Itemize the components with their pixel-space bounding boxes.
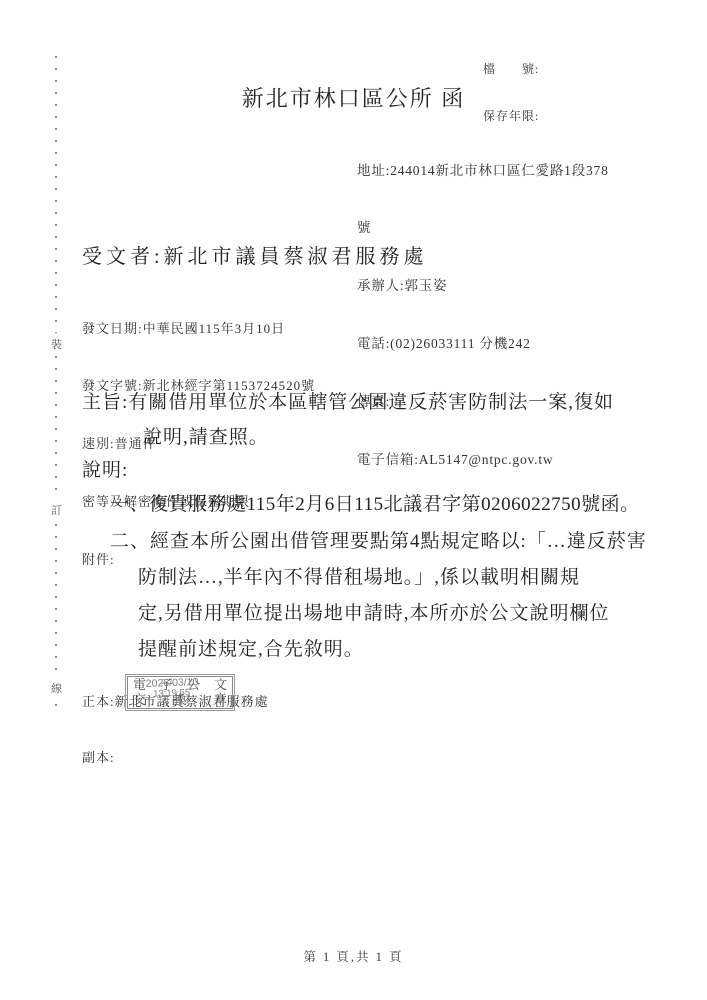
binding-dotted-line [55, 56, 57, 708]
document-title: 新北市林口區公所 函 [0, 82, 707, 113]
sender-address-line1: 地址:244014新北市林口區仁愛路1段378 [357, 161, 609, 180]
binding-mark-ding: 訂 [48, 499, 65, 521]
duplicate-copy-label: 副本: [82, 749, 269, 768]
description-item2-line2: 防制法…,半年內不得借租場地。」,係以載明相關規 [138, 560, 670, 596]
sender-address-line2: 號 [357, 218, 609, 237]
description-item2-line3: 定,另借用單位提出場地申請時,本所亦於公文說明欄位 [138, 596, 670, 632]
description-item2-line1: 二、經查本所公園出借管理要點第4點規定略以:「…違反菸害 [110, 524, 670, 560]
stamp-time: 13:19:55 [153, 688, 199, 700]
electronic-exchange-stamp: 電 子 公 文 交 換 章 2026/03/10 13:19:55 [127, 676, 233, 709]
file-number-label: 檔 號: [483, 62, 539, 78]
official-letter-page: 檔 號: 保存年限: 新北市林口區公所 函 地址:244014新北市林口區仁愛路… [0, 0, 707, 1000]
binding-mark-xian: 線 [48, 677, 65, 699]
stamp-char: 交 [133, 693, 146, 707]
sender-contact-person: 承辦人:郭玉姿 [357, 276, 609, 295]
stamp-char: 文 [214, 678, 227, 692]
recipient-line: 受文者:新北市議員蔡淑君服務處 [82, 240, 428, 269]
issue-date: 發文日期:中華民國115年3月10日 [82, 319, 315, 338]
stamp-char: 章 [214, 693, 227, 707]
stamp-datetime-overlay: 2026/03/10 13:19:55 [146, 677, 199, 700]
description-item-1: 一、復貴服務處115年2月6日115北議君字第0206022750號函。 [110, 489, 640, 516]
subject-line2: 說明,請查照。 [143, 420, 662, 455]
subject-line1: 主旨:有關借用單位於本區轄管公園違反菸害防制法一案,復如 [82, 385, 662, 420]
description-label: 說明: [82, 455, 128, 482]
description-item-2: 二、經查本所公園出借管理要點第4點規定略以:「…違反菸害 防制法…,半年內不得借… [110, 524, 670, 668]
subject-block: 主旨:有關借用單位於本區轄管公園違反菸害防制法一案,復如 說明,請查照。 [82, 385, 662, 455]
sender-phone: 電話:(02)26033111 分機242 [357, 334, 609, 353]
binding-mark-zhuang: 裝 [48, 333, 65, 355]
stamp-char: 電 [133, 678, 146, 692]
page-number-footer: 第 1 頁,共 1 頁 [0, 947, 707, 965]
